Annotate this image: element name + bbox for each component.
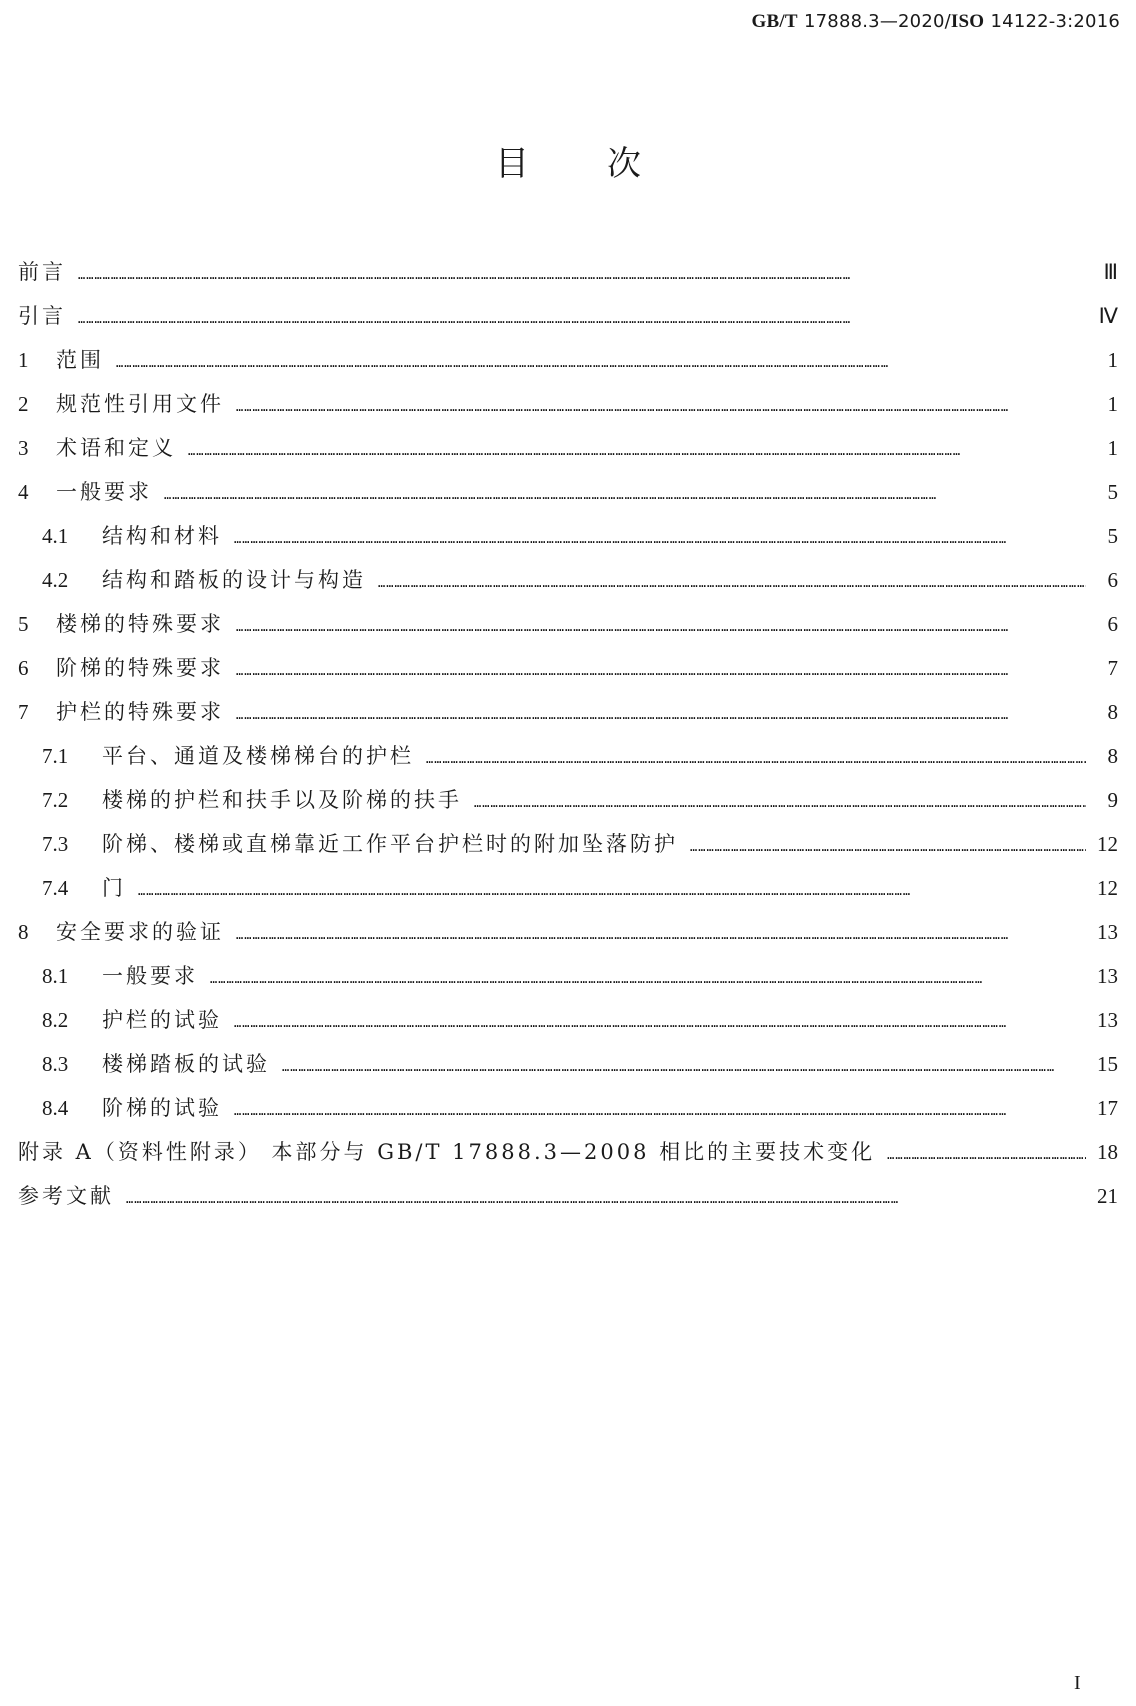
dot-leader: [164, 473, 1086, 517]
dot-leader: [236, 385, 1086, 429]
toc-entry-page: 7: [1094, 646, 1118, 690]
toc-entry-number: 7.1: [42, 734, 102, 778]
toc-entry-label: 阶梯的试验: [102, 1086, 222, 1130]
dot-leader: [378, 561, 1086, 605]
toc-entry[interactable]: 前言Ⅲ: [18, 250, 1118, 294]
toc-entry-label: 参考文献: [18, 1174, 114, 1218]
toc-entry-page: 13: [1094, 954, 1118, 998]
dot-leader: [234, 1089, 1086, 1133]
dot-leader: [78, 253, 1086, 297]
std-number: 17888.3—2020/: [804, 11, 951, 32]
title-char-2: 次: [607, 136, 641, 185]
dot-leader: [234, 517, 1086, 561]
toc-entry-page: 21: [1094, 1174, 1118, 1218]
toc-entry-page: 6: [1094, 558, 1118, 602]
dot-leader: [887, 1133, 1086, 1177]
dot-leader: [426, 737, 1086, 781]
dot-leader: [234, 1001, 1086, 1045]
toc-entry-number: 4.1: [42, 514, 102, 558]
toc-entry-page: 1: [1094, 338, 1118, 382]
toc-entry-number: 1: [18, 338, 56, 382]
dot-leader: [690, 825, 1086, 869]
toc-entry-page: 12: [1094, 866, 1118, 910]
dot-leader: [78, 297, 1086, 341]
toc-entry-page: 13: [1094, 910, 1118, 954]
table-of-contents: 前言Ⅲ引言Ⅳ1范围12规范性引用文件13术语和定义14一般要求54.1结构和材料…: [18, 250, 1118, 1218]
toc-entry-label: 平台、通道及楼梯梯台的护栏: [102, 734, 414, 778]
toc-entry-label: 结构和材料: [102, 514, 222, 558]
toc-entry-number: 8.4: [42, 1086, 102, 1130]
dot-leader: [282, 1045, 1086, 1089]
dot-leader: [138, 869, 1086, 913]
toc-entry-number: 8: [18, 910, 56, 954]
toc-entry[interactable]: 7护栏的特殊要求8: [18, 690, 1118, 734]
toc-entry-number: 7.2: [42, 778, 102, 822]
toc-entry-label: 楼梯的护栏和扶手以及阶梯的扶手: [102, 778, 462, 822]
toc-entry[interactable]: 引言Ⅳ: [18, 294, 1118, 338]
toc-entry[interactable]: 8.2护栏的试验13: [18, 998, 1118, 1042]
toc-entry-label: 护栏的试验: [102, 998, 222, 1042]
toc-entry-number: 8.3: [42, 1042, 102, 1086]
toc-entry[interactable]: 3术语和定义1: [18, 426, 1118, 470]
toc-entry-number: 8.2: [42, 998, 102, 1042]
toc-entry[interactable]: 5楼梯的特殊要求6: [18, 602, 1118, 646]
toc-entry-label: 安全要求的验证: [56, 910, 224, 954]
dot-leader: [236, 649, 1086, 693]
dot-leader: [210, 957, 1086, 1001]
toc-entry[interactable]: 6阶梯的特殊要求7: [18, 646, 1118, 690]
dot-leader: [474, 781, 1086, 825]
toc-entry-label: 术语和定义: [56, 426, 176, 470]
toc-entry-page: 5: [1094, 514, 1118, 558]
iso-number: 14122-3:2016: [991, 11, 1120, 32]
dot-leader: [126, 1177, 1086, 1221]
toc-entry-page: 9: [1094, 778, 1118, 822]
toc-entry-label: 阶梯的特殊要求: [56, 646, 224, 690]
toc-entry-number: 4.2: [42, 558, 102, 602]
toc-entry[interactable]: 7.4门12: [18, 866, 1118, 910]
toc-entry[interactable]: 7.2楼梯的护栏和扶手以及阶梯的扶手9: [18, 778, 1118, 822]
toc-entry-page: 6: [1094, 602, 1118, 646]
toc-entry[interactable]: 4.2结构和踏板的设计与构造6: [18, 558, 1118, 602]
dot-leader: [236, 693, 1086, 737]
dot-leader: [236, 605, 1086, 649]
toc-entry-page: 15: [1094, 1042, 1118, 1086]
toc-entry-page: Ⅳ: [1094, 294, 1118, 338]
toc-entry-number: 6: [18, 646, 56, 690]
toc-entry-page: 8: [1094, 734, 1118, 778]
toc-entry-page: 1: [1094, 382, 1118, 426]
toc-entry-label: 护栏的特殊要求: [56, 690, 224, 734]
toc-entry-label: 规范性引用文件: [56, 382, 224, 426]
toc-entry-page: 5: [1094, 470, 1118, 514]
std-prefix: GB/T: [752, 11, 798, 32]
toc-entry-page: 18: [1094, 1130, 1118, 1174]
title-char-1: 目: [495, 136, 529, 185]
page-number: I: [1074, 1672, 1081, 1695]
toc-entry[interactable]: 4一般要求5: [18, 470, 1118, 514]
toc-entry-label: 阶梯、楼梯或直梯靠近工作平台护栏时的附加坠落防护: [102, 822, 678, 866]
toc-entry-label: 门: [102, 866, 126, 910]
toc-entry[interactable]: 8.1一般要求13: [18, 954, 1118, 998]
toc-entry-number: 3: [18, 426, 56, 470]
document-standard-header: GB/T 17888.3—2020/ISO 14122-3:2016: [752, 10, 1120, 33]
toc-entry-label: 一般要求: [102, 954, 198, 998]
toc-entry-page: 1: [1094, 426, 1118, 470]
dot-leader: [236, 913, 1086, 957]
toc-entry-label: 楼梯的特殊要求: [56, 602, 224, 646]
toc-entry-number: 4: [18, 470, 56, 514]
toc-entry[interactable]: 2规范性引用文件1: [18, 382, 1118, 426]
toc-entry-label: 楼梯踏板的试验: [102, 1042, 270, 1086]
toc-entry-page: Ⅲ: [1094, 250, 1118, 294]
toc-entry[interactable]: 参考文献21: [18, 1174, 1118, 1218]
toc-entry-page: 17: [1094, 1086, 1118, 1130]
toc-entry-number: 2: [18, 382, 56, 426]
toc-entry[interactable]: 8.4阶梯的试验17: [18, 1086, 1118, 1130]
toc-entry[interactable]: 8.3楼梯踏板的试验15: [18, 1042, 1118, 1086]
toc-entry[interactable]: 4.1结构和材料5: [18, 514, 1118, 558]
toc-entry-number: 7.4: [42, 866, 102, 910]
toc-entry-number: 8.1: [42, 954, 102, 998]
dot-leader: [188, 429, 1086, 473]
toc-entry-label: 一般要求: [56, 470, 152, 514]
toc-entry[interactable]: 1范围1: [18, 338, 1118, 382]
toc-entry[interactable]: 8安全要求的验证13: [18, 910, 1118, 954]
toc-entry-number: 7.3: [42, 822, 102, 866]
page-title: 目次: [0, 136, 1136, 185]
toc-entry-label: 前言: [18, 250, 66, 294]
toc-entry[interactable]: 7.1平台、通道及楼梯梯台的护栏8: [18, 734, 1118, 778]
dot-leader: [116, 341, 1086, 385]
toc-entry[interactable]: 附录 A（资料性附录） 本部分与 GB/T 17888.3—2008 相比的主要…: [18, 1130, 1118, 1174]
toc-entry[interactable]: 7.3阶梯、楼梯或直梯靠近工作平台护栏时的附加坠落防护12: [18, 822, 1118, 866]
toc-entry-number: 5: [18, 602, 56, 646]
toc-entry-label: 结构和踏板的设计与构造: [102, 558, 366, 602]
iso-prefix: ISO: [951, 11, 984, 32]
toc-entry-number: 7: [18, 690, 56, 734]
toc-entry-page: 8: [1094, 690, 1118, 734]
toc-entry-label: 范围: [56, 338, 104, 382]
toc-entry-page: 12: [1094, 822, 1118, 866]
toc-entry-label: 引言: [18, 294, 66, 338]
toc-entry-label: 附录 A（资料性附录） 本部分与 GB/T 17888.3—2008 相比的主要…: [18, 1130, 875, 1174]
toc-entry-page: 13: [1094, 998, 1118, 1042]
